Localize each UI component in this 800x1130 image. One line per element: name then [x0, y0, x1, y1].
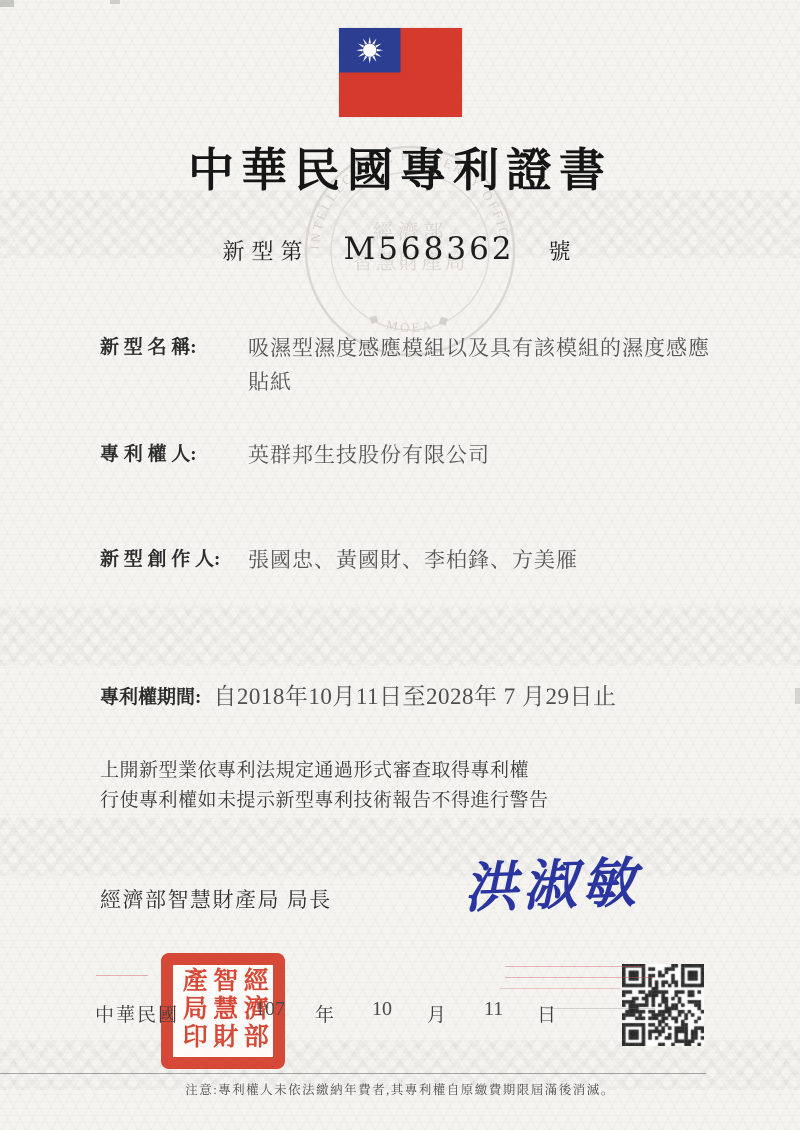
guilloche-band — [0, 606, 800, 666]
scan-smudge — [0, 0, 14, 7]
roc-taiwan-flag — [339, 28, 462, 117]
gray-guide-line — [545, 1008, 655, 1009]
field-patentee: 專 利 權 人: 英群邦生技股份有限公司 — [100, 438, 718, 472]
legal-statement: 上開新型業依專利法規定通過形式審查取得專利權 行使專利權如未提示新型專利技術報告… — [100, 756, 549, 816]
scan-smudge — [110, 0, 120, 4]
certificate-title: 中華民國專利證書 — [0, 134, 800, 200]
field-value: 英群邦生技股份有限公司 — [248, 438, 718, 472]
field-label: 專 利 權 人: — [100, 438, 248, 472]
patent-number-row: 新型第 M568362 號 — [0, 231, 800, 267]
legal-line-2: 行使專利權如未提示新型專利技術報告不得進行警告 — [100, 786, 549, 816]
footer-rule — [0, 1073, 706, 1074]
seal-column-middle: 智慧財 — [209, 967, 237, 1055]
issuer-agency-line: 經濟部智慧財產局 局長 — [100, 884, 332, 914]
seal-column-left: 產局印 — [179, 967, 207, 1055]
legal-line-1: 上開新型業依專利法規定通過形式審查取得專利權 — [100, 756, 549, 786]
field-value: 吸濕型濕度感應模組以及具有該模組的濕度感應貼紙 — [248, 331, 718, 399]
footnote: 注意:專利權人未依法繳納年費者,其專利權自原繳費期限屆滿後消滅。 — [0, 1080, 800, 1098]
director-general-signature: 洪淑敏 — [431, 839, 674, 924]
patent-number-suffix: 號 — [549, 235, 578, 266]
date-day: 11 — [484, 998, 503, 1021]
field-value: 張國忠、黃國財、李柏鋒、方美雁 — [248, 543, 718, 577]
scan-smudge — [795, 688, 800, 704]
red-guide-line — [505, 977, 653, 978]
field-patent-term: 專利權期間: 自2018年10月11日至2028年 7 月29日止 — [100, 681, 616, 715]
date-month: 10 — [372, 998, 392, 1021]
field-creators: 新 型 創 作 人: 張國忠、黃國財、李柏鋒、方美雁 — [100, 543, 718, 577]
field-label: 新 型 名 稱: — [100, 331, 248, 365]
field-label: 新 型 創 作 人: — [100, 543, 248, 577]
date-year-unit: 年 — [315, 1000, 334, 1027]
patent-number: M568362 — [343, 231, 514, 267]
field-label: 專利權期間: — [100, 681, 201, 715]
field-value: 自2018年10月11日至2028年 7 月29日止 — [213, 681, 616, 713]
date-day-unit: 日 — [537, 1000, 556, 1027]
red-guide-line — [505, 966, 645, 967]
patent-type-prefix: 新型第 — [222, 235, 309, 266]
red-guide-line — [96, 975, 148, 976]
date-month-unit: 月 — [427, 1000, 446, 1027]
date-era: 中華民國 — [95, 1000, 179, 1027]
date-year: 107 — [255, 998, 285, 1021]
red-guide-line — [500, 988, 620, 989]
guilloche-band — [0, 818, 800, 876]
patent-certificate-page: INTELLECTUAL PROPERTY OFFICE ◆ MOEA ◆ 經濟… — [0, 0, 800, 1130]
field-invention-name: 新 型 名 稱: 吸濕型濕度感應模組以及具有該模組的濕度感應貼紙 — [100, 331, 718, 399]
